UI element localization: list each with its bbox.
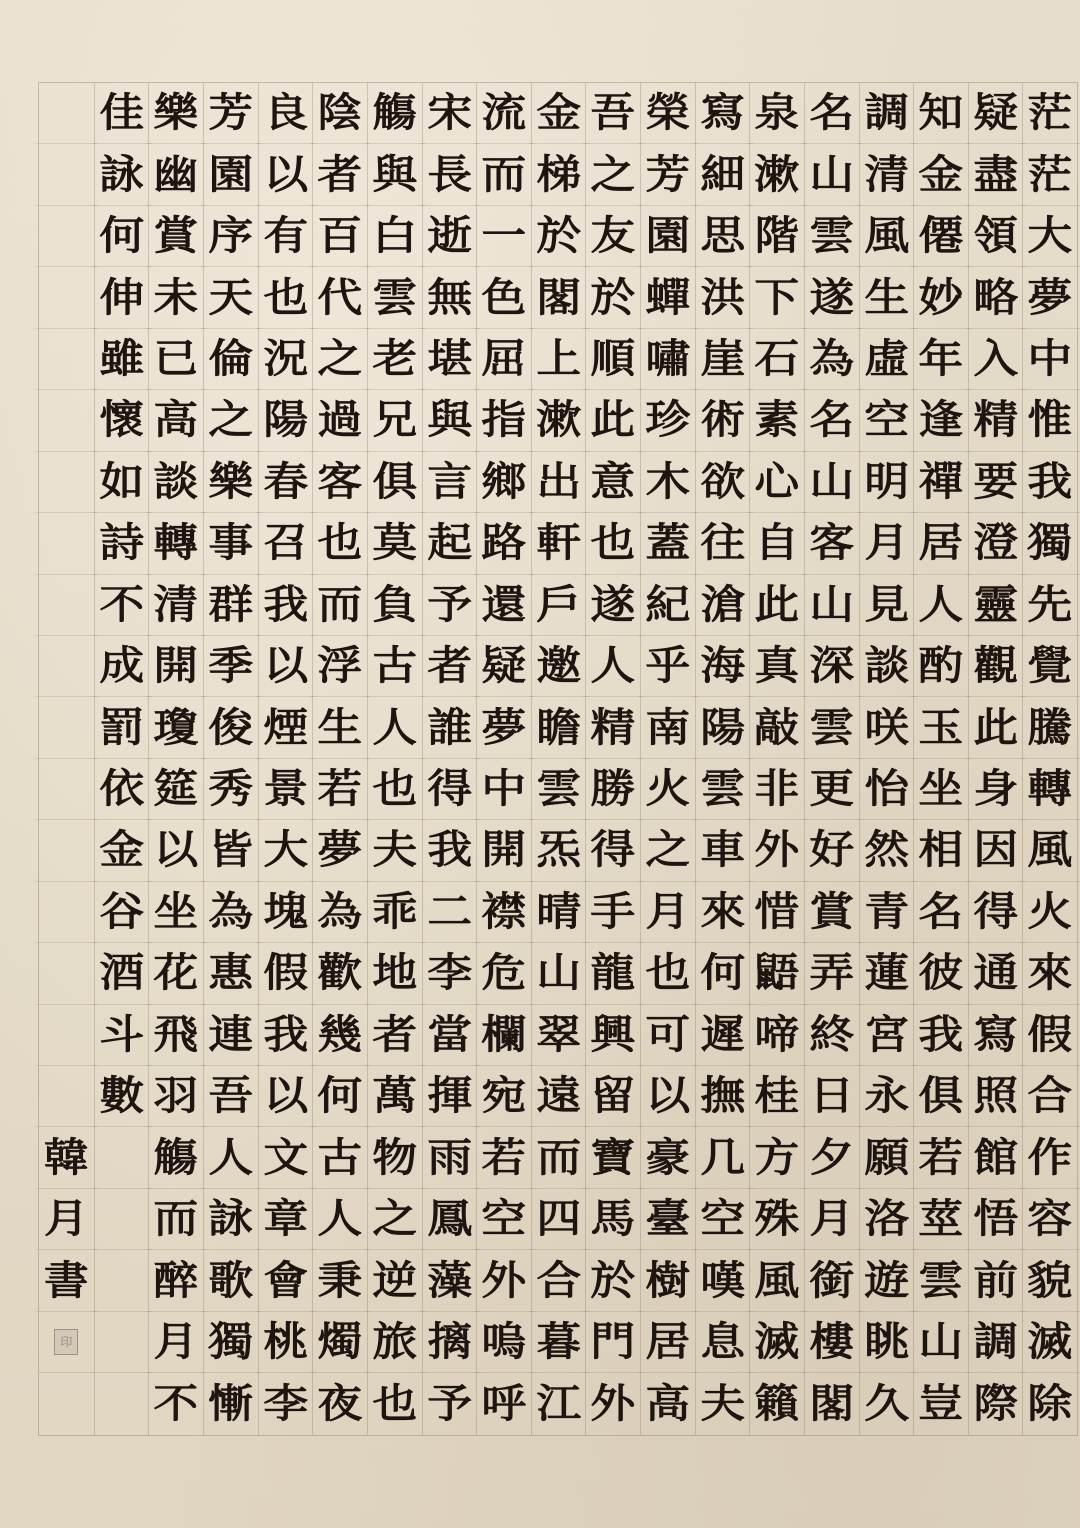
character-cell: 崖 xyxy=(692,329,752,390)
character-cell: 斗 xyxy=(92,1005,152,1066)
character-cell: 山 xyxy=(802,452,862,513)
character-cell: 來 xyxy=(692,882,752,943)
character-cell: 疑 xyxy=(966,83,1026,144)
character-cell: 白 xyxy=(365,206,425,267)
character-cell: 連 xyxy=(201,1005,261,1066)
character-cell: 大 xyxy=(255,820,315,881)
character-cell: 翠 xyxy=(529,1005,589,1066)
character-cell: 洛 xyxy=(856,1189,916,1250)
text-column-11: 流而一色屈指鄉路還疑夢中開襟危欄宛若空外嗚呼 xyxy=(476,83,531,1435)
character-cell: 夜 xyxy=(310,1373,370,1434)
character-cell: 滅 xyxy=(747,1312,807,1373)
text-column-3: 知金僊妙年逢禪居人酌玉坐相名彼我俱若莖雲山豈 xyxy=(913,83,968,1435)
character-cell: 金 xyxy=(92,820,152,881)
character-cell: 危 xyxy=(474,943,534,1004)
character-cell: 逝 xyxy=(419,206,479,267)
character-cell: 豈 xyxy=(911,1373,971,1434)
character-cell: 高 xyxy=(638,1373,698,1434)
character-cell: 寶 xyxy=(583,1127,643,1188)
character-cell: 何 xyxy=(692,943,752,1004)
character-cell: 調 xyxy=(856,83,916,144)
character-cell: 桃 xyxy=(255,1312,315,1373)
empty-cell xyxy=(36,575,97,636)
character-cell: 軒 xyxy=(529,513,589,574)
character-cell: 觴 xyxy=(365,83,425,144)
character-cell: 為 xyxy=(201,882,261,943)
character-cell: 人 xyxy=(911,575,971,636)
character-cell: 遂 xyxy=(583,575,643,636)
character-cell: 人 xyxy=(201,1127,261,1188)
character-cell: 予 xyxy=(419,1373,479,1434)
character-cell: 詠 xyxy=(92,144,152,205)
character-cell: 談 xyxy=(146,452,206,513)
character-cell: 夢 xyxy=(310,820,370,881)
character-cell: 我 xyxy=(255,1005,315,1066)
character-cell: 閣 xyxy=(529,267,589,328)
character-cell: 作 xyxy=(1020,1127,1080,1188)
character-cell: 永 xyxy=(856,1066,916,1127)
character-cell: 山 xyxy=(802,144,862,205)
character-cell: 陽 xyxy=(692,697,752,758)
character-cell: 蓋 xyxy=(638,513,698,574)
character-cell: 言 xyxy=(419,452,479,513)
text-column-16: 芳園序天倫之樂事群季俊秀皆為惠連吾人詠歌獨慚 xyxy=(203,83,258,1435)
character-cell: 誰 xyxy=(419,697,479,758)
character-cell: 指 xyxy=(474,390,534,451)
character-cell: 客 xyxy=(310,452,370,513)
text-column-12: 宋長逝無堪與言起予者誰得我二李當揮雨鳳藻摛予 xyxy=(422,83,477,1435)
character-cell: 生 xyxy=(310,697,370,758)
character-cell: 俱 xyxy=(911,1066,971,1127)
empty-cell xyxy=(36,1066,97,1127)
character-cell: 也 xyxy=(583,513,643,574)
text-column-4: 調清風生虛空明月見談咲怡然青蓮宮永願洛遊眺久 xyxy=(859,83,914,1435)
character-cell: 更 xyxy=(802,759,862,820)
character-cell: 懷 xyxy=(92,390,152,451)
character-cell: 開 xyxy=(474,820,534,881)
character-cell xyxy=(92,1189,152,1250)
character-cell: 而 xyxy=(474,144,534,205)
character-cell: 來 xyxy=(1020,943,1080,1004)
character-cell: 代 xyxy=(310,267,370,328)
character-cell: 出 xyxy=(529,452,589,513)
character-cell: 寫 xyxy=(966,1005,1026,1066)
character-cell: 騰 xyxy=(1020,697,1080,758)
character-cell: 長 xyxy=(419,144,479,205)
character-cell: 風 xyxy=(856,206,916,267)
character-cell: 得 xyxy=(966,882,1026,943)
character-cell: 覺 xyxy=(1020,636,1080,697)
character-cell: 玉 xyxy=(911,697,971,758)
empty-cell xyxy=(36,759,97,820)
character-cell: 古 xyxy=(365,636,425,697)
character-cell: 火 xyxy=(638,759,698,820)
character-cell: 也 xyxy=(310,513,370,574)
character-cell: 於 xyxy=(529,206,589,267)
character-cell: 前 xyxy=(966,1250,1026,1311)
character-cell: 詠 xyxy=(201,1189,261,1250)
character-cell: 我 xyxy=(911,1005,971,1066)
character-cell: 月 xyxy=(856,513,916,574)
character-cell: 會 xyxy=(255,1250,315,1311)
character-cell: 一 xyxy=(474,206,534,267)
character-cell: 芳 xyxy=(638,144,698,205)
character-cell: 莖 xyxy=(911,1189,971,1250)
character-cell: 惠 xyxy=(201,943,261,1004)
empty-cell xyxy=(36,882,97,943)
character-cell: 遠 xyxy=(529,1066,589,1127)
empty-cell xyxy=(36,636,97,697)
character-cell: 賞 xyxy=(802,882,862,943)
seal-stamp: 印 xyxy=(39,1312,94,1373)
character-cell: 宮 xyxy=(856,1005,916,1066)
character-cell: 負 xyxy=(365,575,425,636)
character-cell: 山 xyxy=(802,575,862,636)
character-cell: 羽 xyxy=(146,1066,206,1127)
character-cell: 思 xyxy=(692,206,752,267)
character-cell: 俊 xyxy=(201,697,261,758)
character-cell: 可 xyxy=(638,1005,698,1066)
character-cell: 照 xyxy=(966,1066,1026,1127)
character-cell: 月 xyxy=(802,1189,862,1250)
character-cell: 閣 xyxy=(802,1373,862,1434)
character-cell: 開 xyxy=(146,636,206,697)
character-cell: 手 xyxy=(583,882,643,943)
character-cell: 藻 xyxy=(419,1250,479,1311)
character-cell: 怡 xyxy=(856,759,916,820)
character-cell: 飛 xyxy=(146,1005,206,1066)
character-cell: 鄉 xyxy=(474,452,534,513)
character-cell: 明 xyxy=(856,452,916,513)
character-cell: 鳳 xyxy=(419,1189,479,1250)
character-cell: 何 xyxy=(92,206,152,267)
character-cell: 浮 xyxy=(310,636,370,697)
character-cell: 雲 xyxy=(802,206,862,267)
character-cell: 百 xyxy=(310,206,370,267)
character-cell: 俱 xyxy=(365,452,425,513)
character-cell: 龍 xyxy=(583,943,643,1004)
character-cell: 炁 xyxy=(529,820,589,881)
text-column-10: 金梯於閣上漱出軒戶邀瞻雲炁晴山翠遠而四合暮江 xyxy=(531,83,586,1435)
character-cell: 地 xyxy=(365,943,425,1004)
empty-cell xyxy=(36,452,97,513)
character-cell: 流 xyxy=(474,83,534,144)
character-cell: 中 xyxy=(474,759,534,820)
character-cell xyxy=(92,1373,152,1434)
character-cell: 風 xyxy=(747,1250,807,1311)
character-cell: 之 xyxy=(201,390,261,451)
text-column-18: 佳詠何伸雖懷如詩不成罰依金谷酒斗數 xyxy=(94,83,149,1435)
character-cell: 秀 xyxy=(201,759,261,820)
character-cell: 山 xyxy=(529,943,589,1004)
character-cell: 此 xyxy=(747,575,807,636)
character-cell: 名 xyxy=(802,83,862,144)
character-cell xyxy=(92,1127,152,1188)
character-cell: 筵 xyxy=(146,759,206,820)
character-cell: 下 xyxy=(747,267,807,328)
character-cell: 要 xyxy=(966,452,1026,513)
character-cell: 疑 xyxy=(474,636,534,697)
character-cell: 若 xyxy=(474,1127,534,1188)
character-cell: 欄 xyxy=(474,1005,534,1066)
character-cell: 數 xyxy=(92,1066,152,1127)
character-cell: 夫 xyxy=(692,1373,752,1434)
signature-column: 韓月書印 xyxy=(39,83,94,1435)
character-cell: 觴 xyxy=(146,1127,206,1188)
character-cell: 殊 xyxy=(747,1189,807,1250)
character-cell: 眺 xyxy=(856,1312,916,1373)
character-cell: 蟬 xyxy=(638,267,698,328)
character-cell: 四 xyxy=(529,1189,589,1250)
character-cell: 空 xyxy=(474,1189,534,1250)
character-cell: 章 xyxy=(255,1189,315,1250)
calligraphy-grid: 茫茫大夢中惟我獨先覺騰轉風火來假合作容貌滅除疑盡領略入精要澄靈觀此身因得通寫照館… xyxy=(38,82,1078,1436)
character-cell: 茫 xyxy=(1020,83,1080,144)
character-cell: 之 xyxy=(638,820,698,881)
character-cell: 此 xyxy=(966,697,1026,758)
character-cell: 堪 xyxy=(419,329,479,390)
character-cell: 乎 xyxy=(638,636,698,697)
character-cell: 几 xyxy=(692,1127,752,1188)
character-cell: 心 xyxy=(747,452,807,513)
character-cell xyxy=(92,1250,152,1311)
character-cell: 雨 xyxy=(419,1127,479,1188)
character-cell: 吾 xyxy=(583,83,643,144)
character-cell: 歌 xyxy=(201,1250,261,1311)
character-cell: 晴 xyxy=(529,882,589,943)
character-cell: 江 xyxy=(529,1373,589,1434)
character-cell: 漱 xyxy=(747,144,807,205)
character-cell: 也 xyxy=(365,1373,425,1434)
character-cell: 獨 xyxy=(1020,513,1080,574)
character-cell: 居 xyxy=(638,1312,698,1373)
character-cell: 談 xyxy=(856,636,916,697)
character-cell: 名 xyxy=(911,882,971,943)
seal-icon: 印 xyxy=(54,1329,78,1355)
character-cell: 入 xyxy=(966,329,1026,390)
text-column-8: 榮芳園蟬嘯珍木蓋紀乎南火之月也可以豪臺樹居高 xyxy=(640,83,695,1435)
character-cell: 而 xyxy=(310,575,370,636)
character-cell: 幾 xyxy=(310,1005,370,1066)
character-cell: 者 xyxy=(419,636,479,697)
signature-character: 韓 xyxy=(36,1127,97,1188)
character-cell: 金 xyxy=(911,144,971,205)
character-cell: 良 xyxy=(255,83,315,144)
character-cell: 相 xyxy=(911,820,971,881)
character-cell: 若 xyxy=(310,759,370,820)
character-cell: 之 xyxy=(310,329,370,390)
character-cell: 咲 xyxy=(856,697,916,758)
character-cell: 遲 xyxy=(692,1005,752,1066)
character-cell: 山 xyxy=(911,1312,971,1373)
character-cell: 歡 xyxy=(310,943,370,1004)
character-cell: 知 xyxy=(911,83,971,144)
character-cell: 年 xyxy=(911,329,971,390)
character-cell: 居 xyxy=(911,513,971,574)
character-cell: 而 xyxy=(529,1127,589,1188)
character-cell: 因 xyxy=(966,820,1026,881)
character-cell: 芳 xyxy=(201,83,261,144)
character-cell: 馬 xyxy=(583,1189,643,1250)
character-cell: 佳 xyxy=(92,83,152,144)
character-cell: 人 xyxy=(365,697,425,758)
character-cell: 旅 xyxy=(365,1312,425,1373)
character-cell: 塊 xyxy=(255,882,315,943)
character-cell: 夫 xyxy=(365,820,425,881)
empty-cell xyxy=(36,1005,97,1066)
character-cell: 榮 xyxy=(638,83,698,144)
character-cell: 兄 xyxy=(365,390,425,451)
character-cell: 宛 xyxy=(474,1066,534,1127)
character-cell: 色 xyxy=(474,267,534,328)
character-cell: 生 xyxy=(856,267,916,328)
character-cell: 得 xyxy=(583,820,643,881)
character-cell: 戶 xyxy=(529,575,589,636)
text-column-14: 陰者百代之過客也而浮生若夢為歡幾何古人秉燭夜 xyxy=(312,83,367,1435)
character-cell: 真 xyxy=(747,636,807,697)
character-cell: 伸 xyxy=(92,267,152,328)
character-cell: 當 xyxy=(419,1005,479,1066)
character-cell: 天 xyxy=(201,267,261,328)
character-cell: 蓮 xyxy=(856,943,916,1004)
character-cell: 況 xyxy=(255,329,315,390)
character-cell: 館 xyxy=(966,1127,1026,1188)
character-cell: 嘯 xyxy=(638,329,698,390)
character-cell: 樂 xyxy=(201,452,261,513)
character-cell: 陽 xyxy=(255,390,315,451)
character-cell: 靈 xyxy=(966,575,1026,636)
empty-cell xyxy=(36,820,97,881)
character-cell: 終 xyxy=(802,1005,862,1066)
character-cell: 青 xyxy=(856,882,916,943)
character-cell: 珍 xyxy=(638,390,698,451)
character-cell: 欲 xyxy=(692,452,752,513)
character-cell: 煙 xyxy=(255,697,315,758)
character-cell: 酒 xyxy=(92,943,152,1004)
character-cell: 以 xyxy=(255,1066,315,1127)
character-cell: 空 xyxy=(856,390,916,451)
character-cell: 二 xyxy=(419,882,479,943)
character-cell: 轉 xyxy=(146,513,206,574)
character-cell: 成 xyxy=(92,636,152,697)
text-column-5: 名山雲遂為名山客山深雲更好賞弄終日夕月銜樓閣 xyxy=(804,83,859,1435)
character-cell: 意 xyxy=(583,452,643,513)
character-cell: 海 xyxy=(692,636,752,697)
character-cell: 陰 xyxy=(310,83,370,144)
character-cell: 嗚 xyxy=(474,1312,534,1373)
character-cell: 精 xyxy=(966,390,1026,451)
character-cell: 泉 xyxy=(747,83,807,144)
character-cell: 老 xyxy=(365,329,425,390)
character-cell: 我 xyxy=(1020,452,1080,513)
character-cell: 息 xyxy=(692,1312,752,1373)
character-cell: 領 xyxy=(966,206,1026,267)
empty-cell xyxy=(36,144,97,205)
character-cell: 與 xyxy=(419,390,479,451)
character-cell: 興 xyxy=(583,1005,643,1066)
character-cell: 雖 xyxy=(92,329,152,390)
character-cell: 不 xyxy=(92,575,152,636)
character-cell: 夕 xyxy=(802,1127,862,1188)
character-cell: 樓 xyxy=(802,1312,862,1373)
character-cell: 際 xyxy=(966,1373,1026,1434)
character-cell: 屈 xyxy=(474,329,534,390)
character-cell: 夢 xyxy=(474,697,534,758)
character-cell: 客 xyxy=(802,513,862,574)
character-cell: 燭 xyxy=(310,1312,370,1373)
character-cell: 除 xyxy=(1020,1373,1080,1434)
text-column-6: 泉漱階下石素心自此真敲非外惜鼯啼桂方殊風滅籟 xyxy=(749,83,804,1435)
character-cell: 幽 xyxy=(146,144,206,205)
character-cell: 瞻 xyxy=(529,697,589,758)
character-cell: 予 xyxy=(419,575,479,636)
text-column-13: 觴與白雲老兄俱莫負古人也夫乖地者萬物之逆旅也 xyxy=(367,83,422,1435)
character-cell: 瓊 xyxy=(146,697,206,758)
empty-cell xyxy=(36,513,97,574)
character-cell: 清 xyxy=(146,575,206,636)
character-cell: 木 xyxy=(638,452,698,513)
character-cell: 已 xyxy=(146,329,206,390)
character-cell: 籟 xyxy=(747,1373,807,1434)
character-cell: 逢 xyxy=(911,390,971,451)
character-cell: 寫 xyxy=(692,83,752,144)
character-cell: 人 xyxy=(583,636,643,697)
character-cell: 以 xyxy=(146,820,206,881)
character-cell: 吾 xyxy=(201,1066,261,1127)
character-cell: 銜 xyxy=(802,1250,862,1311)
text-column-1: 茫茫大夢中惟我獨先覺騰轉風火來假合作容貌滅除 xyxy=(1022,83,1077,1435)
character-cell: 古 xyxy=(310,1127,370,1188)
empty-cell xyxy=(36,206,97,267)
character-cell: 大 xyxy=(1020,206,1080,267)
character-cell: 彼 xyxy=(911,943,971,1004)
character-cell: 文 xyxy=(255,1127,315,1188)
character-cell: 我 xyxy=(255,575,315,636)
character-cell: 風 xyxy=(1020,820,1080,881)
empty-cell xyxy=(36,267,97,328)
character-cell: 非 xyxy=(747,759,807,820)
character-cell: 桂 xyxy=(747,1066,807,1127)
character-cell: 惜 xyxy=(747,882,807,943)
character-cell: 漱 xyxy=(529,390,589,451)
character-cell: 上 xyxy=(529,329,589,390)
character-cell: 外 xyxy=(583,1373,643,1434)
character-cell: 敲 xyxy=(747,697,807,758)
character-cell: 李 xyxy=(419,943,479,1004)
character-cell: 遊 xyxy=(856,1250,916,1311)
character-cell: 醉 xyxy=(146,1250,206,1311)
character-cell: 南 xyxy=(638,697,698,758)
character-cell: 澄 xyxy=(966,513,1026,574)
character-cell: 事 xyxy=(201,513,261,574)
empty-cell xyxy=(36,1373,97,1434)
character-cell: 方 xyxy=(747,1127,807,1188)
character-cell: 妙 xyxy=(911,267,971,328)
character-cell: 召 xyxy=(255,513,315,574)
character-cell: 詩 xyxy=(92,513,152,574)
character-cell: 者 xyxy=(365,1005,425,1066)
character-cell: 揮 xyxy=(419,1066,479,1127)
text-column-15: 良以有也況陽春召我以煙景大塊假我以文章會桃李 xyxy=(258,83,313,1435)
character-cell: 得 xyxy=(419,759,479,820)
character-cell: 酌 xyxy=(911,636,971,697)
character-cell: 滅 xyxy=(1020,1312,1080,1373)
empty-cell xyxy=(36,329,97,390)
character-cell: 願 xyxy=(856,1127,916,1188)
character-cell: 臺 xyxy=(638,1189,698,1250)
character-cell: 樂 xyxy=(146,83,206,144)
character-cell: 以 xyxy=(638,1066,698,1127)
